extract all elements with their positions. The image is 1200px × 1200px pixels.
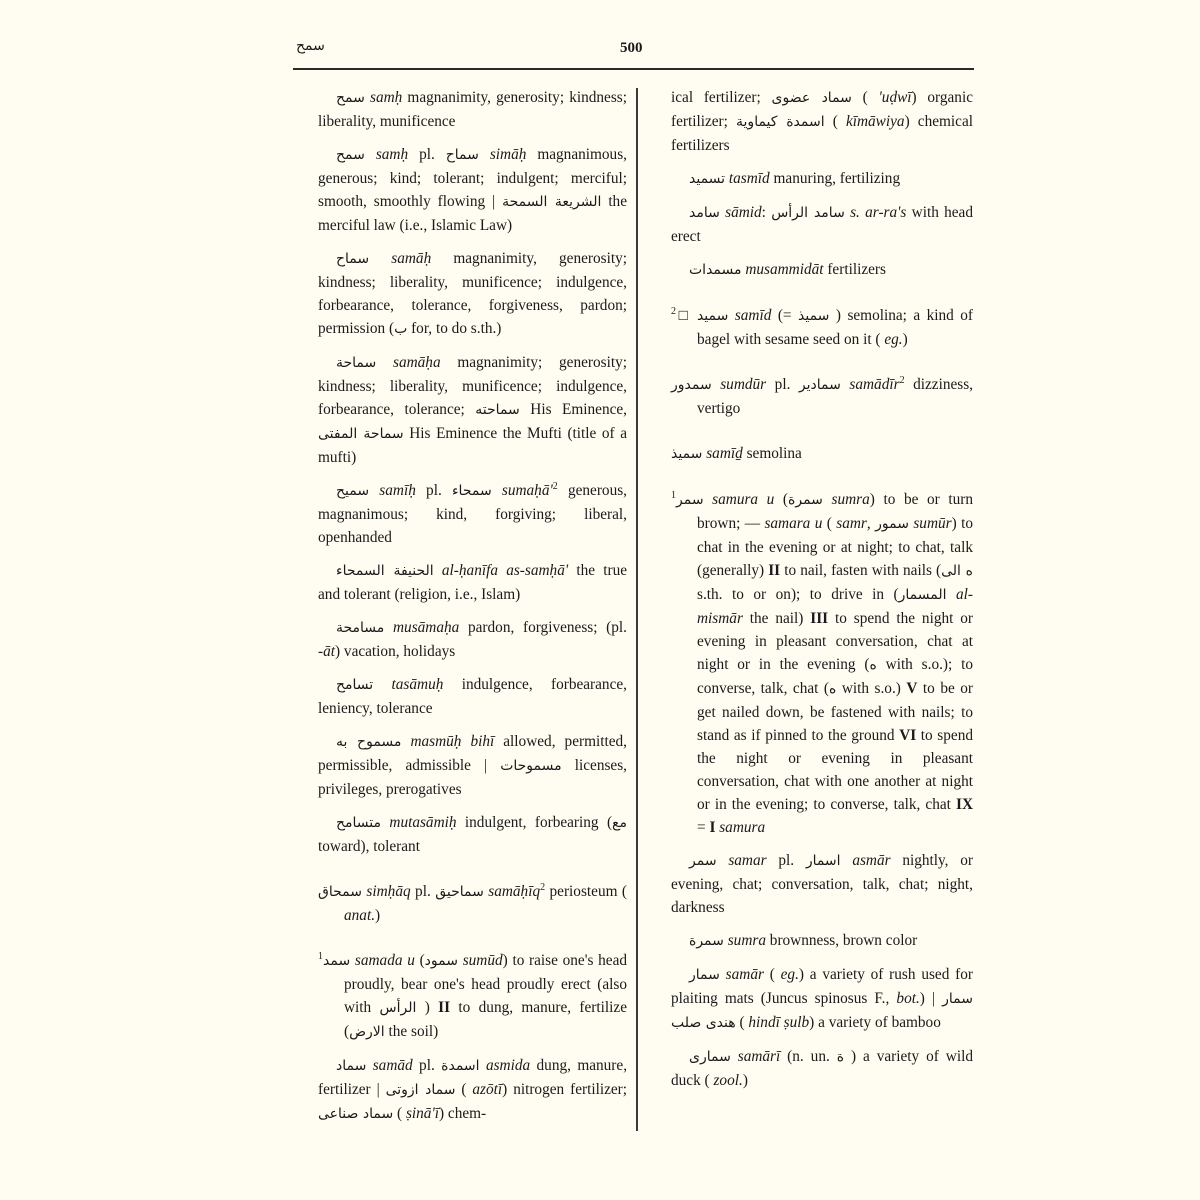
arabic-term: المسمار bbox=[899, 587, 947, 603]
definition-text: (= bbox=[771, 307, 798, 324]
definition-text: : bbox=[762, 204, 772, 221]
arabic-term: سماد عضوى bbox=[772, 90, 852, 106]
verb-form-numeral: VI bbox=[899, 727, 916, 744]
transliteration: ṣinā'ī bbox=[402, 1105, 439, 1122]
dictionary-subentry: تسميد tasmīd manuring, fertilizing bbox=[671, 167, 973, 191]
arabic-term: مسمدات bbox=[689, 262, 742, 278]
transliteration: musammidāt bbox=[745, 261, 823, 278]
arabic-term: سماحة bbox=[336, 355, 376, 371]
definition-text: ( bbox=[822, 515, 832, 532]
transliteration: samārī bbox=[738, 1048, 781, 1065]
arabic-term: سماح bbox=[446, 147, 479, 163]
left-column: سمح samḥ magnanimity, generosity; kindne… bbox=[318, 86, 627, 1136]
dictionary-subentry: سمرة sumra brownness, brown color bbox=[671, 929, 973, 953]
arabic-term: سمح bbox=[336, 147, 365, 163]
arabic-term: اسمدة bbox=[441, 1058, 479, 1074]
dictionary-subentry: سامد sāmid: سامد الرأس s. ar-ra's with h… bbox=[671, 201, 973, 248]
definition-text: brownness, brown color bbox=[766, 932, 917, 949]
dictionary-subentry: مسمدات musammidāt fertilizers bbox=[671, 258, 973, 282]
definition-text: for, to do s.th.) bbox=[411, 320, 501, 337]
dictionary-subentry: سمار samār ( eg.) a variety of rush used… bbox=[671, 963, 973, 1035]
verb-form-numeral: V bbox=[906, 680, 917, 697]
arabic-term: سماد bbox=[336, 1058, 366, 1074]
transliteration: sumūr bbox=[913, 515, 951, 532]
right-column: ical fertilizer; سماد عضوى ( 'uḍwī) orga… bbox=[671, 86, 973, 1102]
arabic-term: سماحته bbox=[475, 402, 519, 418]
definition-text: (n. un. bbox=[780, 1048, 836, 1065]
definition-text: s.th. to or on); to drive in ( bbox=[697, 586, 899, 603]
arabic-term: سماح bbox=[336, 251, 369, 267]
arabic-term: تسميد bbox=[689, 171, 725, 187]
transliteration: sāmid bbox=[725, 204, 762, 221]
transliteration: masmūḥ bihī bbox=[410, 733, 494, 750]
dictionary-subentry: سمارى samārī (n. un. ة ) a variety of wi… bbox=[671, 1045, 973, 1092]
transliteration: sumra bbox=[728, 932, 766, 949]
dictionary-subentry: الحنيفة السمحاء al-ḥanīfa as-samḥā' the … bbox=[318, 559, 627, 606]
transliteration: samār bbox=[726, 966, 764, 983]
arabic-term: سماحيق bbox=[435, 884, 484, 900]
arabic-term: سمر bbox=[676, 492, 704, 508]
transliteration: kīmāwiya bbox=[838, 113, 905, 130]
verb-form-numeral: II bbox=[768, 562, 780, 579]
transliteration: asmida bbox=[486, 1057, 530, 1074]
arabic-term: اسمدة كيماوية bbox=[736, 114, 825, 130]
transliteration: simāḥ bbox=[490, 146, 527, 163]
arabic-term: سامد bbox=[689, 205, 720, 221]
definition-text: ) a variety of bamboo bbox=[809, 1014, 941, 1031]
transliteration: simḥāq bbox=[366, 883, 410, 900]
verb-form-numeral: II bbox=[438, 999, 450, 1016]
dictionary-headword-entry: 1سمر samura u (سمرة sumra) to be or turn… bbox=[671, 488, 973, 839]
dictionary-subentry: سمح samḥ magnanimity, generosity; kindne… bbox=[318, 86, 627, 133]
arabic-term: سمح bbox=[336, 90, 365, 106]
transliteration: samḥ bbox=[370, 89, 402, 106]
transliteration: bot. bbox=[896, 990, 919, 1007]
dictionary-subentry: تسامح tasāmuḥ indulgence, forbearance, l… bbox=[318, 673, 627, 720]
arabic-term: سمار bbox=[689, 967, 720, 983]
definition-text: indulgent, forbearing ( bbox=[457, 814, 613, 831]
transliteration: s. ar-ra's bbox=[850, 204, 906, 221]
definition-text: ) bbox=[743, 1072, 748, 1089]
verb-form-numeral: IX bbox=[956, 796, 973, 813]
verb-form-numeral: III bbox=[810, 610, 828, 627]
page-header: سمح 500 bbox=[293, 36, 974, 66]
arabic-term: سمر bbox=[689, 853, 717, 869]
arabic-term: سميذ bbox=[798, 308, 829, 324]
transliteration: samura bbox=[719, 819, 765, 836]
definition-text: magnanimity, generosity; kindness; liber… bbox=[318, 89, 627, 130]
definition-text: semolina bbox=[743, 445, 802, 462]
transliteration: zool. bbox=[710, 1072, 743, 1089]
transliteration: 'uḍwī bbox=[868, 89, 912, 106]
arabic-term: ه bbox=[829, 681, 836, 697]
definition-text: periosteum ( bbox=[545, 883, 627, 900]
arabic-term: سماد ازوتى bbox=[386, 1082, 456, 1098]
definition-text: , bbox=[867, 515, 875, 532]
arabic-term: سمدور bbox=[671, 377, 712, 393]
dictionary-subentry: سميح samīḥ pl. سمحاء sumaḥā'2 generous, … bbox=[318, 479, 627, 549]
page-number: 500 bbox=[620, 40, 643, 57]
definition-text: pl. bbox=[408, 146, 446, 163]
transliteration: samādīr bbox=[849, 376, 899, 393]
definition-text: ) nitrogen fertilizer; bbox=[502, 1081, 627, 1098]
dictionary-subentry: سمح samḥ pl. سماح simāḥ magnanimous, gen… bbox=[318, 143, 627, 237]
dictionary-subentry: سماد samād pl. اسمدة asmida dung, manure… bbox=[318, 1054, 627, 1126]
definition-text: fertilizers bbox=[824, 261, 886, 278]
transliteration: samāḥa bbox=[393, 354, 441, 371]
transliteration: sumūd bbox=[463, 952, 503, 969]
definition-text: ical fertilizer; bbox=[671, 89, 772, 106]
transliteration: musāmaḥa bbox=[393, 619, 459, 636]
transliteration: samīd bbox=[735, 307, 772, 324]
definition-text: the soil) bbox=[389, 1023, 439, 1040]
arabic-term: سمد bbox=[323, 953, 350, 969]
dictionary-subentry: مسامحة musāmaḥa pardon, forgiveness; (pl… bbox=[318, 616, 627, 663]
arabic-term: مسموح به bbox=[336, 734, 401, 750]
transliteration: azōtī bbox=[466, 1081, 502, 1098]
definition-text: pardon, forgiveness; (pl. bbox=[459, 619, 627, 636]
definition-text: ( bbox=[764, 966, 775, 983]
definition-text: = bbox=[697, 819, 709, 836]
header-rule bbox=[293, 68, 974, 70]
transliteration: sumdūr bbox=[720, 376, 766, 393]
arabic-term: الارض bbox=[349, 1024, 385, 1040]
definition-text: toward), tolerant bbox=[318, 838, 420, 855]
definition-text: ) chem- bbox=[439, 1105, 486, 1122]
arabic-term: ة bbox=[837, 1049, 844, 1065]
definition-text: His Eminence, bbox=[530, 401, 627, 418]
transliteration: sumra bbox=[832, 491, 870, 508]
definition-text: ) bbox=[903, 331, 908, 348]
dictionary-headword-entry: سمحاق simḥāq pl. سماحيق samāḥīq2 periost… bbox=[318, 880, 627, 927]
definition-text: pl. bbox=[411, 883, 436, 900]
transliteration: sumaḥā' bbox=[502, 482, 553, 499]
arabic-term: سمحاء bbox=[452, 483, 492, 499]
dictionary-subentry: سمر samar pl. اسمار asmār nightly, or ev… bbox=[671, 849, 973, 919]
dictionary-headword-entry: 1سمد samada u (سمود sumūd) to raise one'… bbox=[318, 949, 627, 1044]
dictionary-headword-entry: سميذ samīḏ semolina bbox=[671, 442, 973, 466]
arabic-term: مسامحة bbox=[336, 620, 384, 636]
definition-text: ) vacation, holidays bbox=[335, 643, 455, 660]
transliteration: mutasāmiḥ bbox=[389, 814, 456, 831]
transliteration: samīḏ bbox=[706, 445, 743, 462]
arabic-term: سمود bbox=[425, 953, 458, 969]
arabic-term: تسامح bbox=[336, 677, 373, 693]
transliteration: anat. bbox=[344, 907, 375, 924]
transliteration: samāḥīq bbox=[488, 883, 540, 900]
transliteration: samḥ bbox=[376, 146, 408, 163]
dictionary-subentry: مسموح به masmūḥ bihī allowed, permitted,… bbox=[318, 730, 627, 801]
transliteration: al-ḥanīfa as-samḥā' bbox=[442, 562, 568, 579]
arabic-term: ه الى bbox=[941, 563, 973, 579]
arabic-term: مسموحات bbox=[500, 758, 561, 774]
transliteration: eg. bbox=[775, 966, 799, 983]
arabic-term: سمحاق bbox=[318, 884, 362, 900]
definition-text: ( bbox=[415, 952, 425, 969]
transliteration: samr bbox=[832, 515, 867, 532]
arabic-term: سميد bbox=[697, 308, 728, 324]
transliteration: -āt bbox=[318, 643, 335, 660]
arabic-term: سميذ bbox=[671, 446, 702, 462]
definition-text: ) bbox=[375, 907, 380, 924]
definition-text: □ bbox=[676, 307, 697, 324]
dictionary-subentry: سماحة samāḥa magnanimity; generosity; ki… bbox=[318, 351, 627, 469]
transliteration: eg. bbox=[881, 331, 903, 348]
arabic-term: سمارى bbox=[689, 1049, 731, 1065]
transliteration: samāḥ bbox=[391, 250, 431, 267]
transliteration: samād bbox=[373, 1057, 413, 1074]
running-head: سمح bbox=[296, 38, 325, 54]
arabic-term: سميح bbox=[336, 483, 369, 499]
definition-text: pl. bbox=[767, 852, 806, 869]
arabic-term: سمور bbox=[875, 516, 909, 532]
definition-text: the nail) bbox=[743, 610, 810, 627]
arabic-term: الرأس bbox=[380, 1000, 417, 1016]
transliteration: samada u bbox=[355, 952, 415, 969]
dictionary-headword-entry: 2□ سميد samīd (= سميذ ) semolina; a kind… bbox=[671, 304, 973, 351]
dictionary-subentry: ical fertilizer; سماد عضوى ( 'uḍwī) orga… bbox=[671, 86, 973, 157]
arabic-term: اسمار bbox=[806, 853, 841, 869]
arabic-term: سمرة bbox=[788, 492, 823, 508]
arabic-term: سمادير bbox=[799, 377, 841, 393]
definition-text: pl. bbox=[766, 376, 799, 393]
arabic-term: سماحة المفتى bbox=[318, 426, 404, 442]
transliteration: samīḥ bbox=[379, 482, 416, 499]
definition-text: pl. bbox=[413, 1057, 441, 1074]
transliteration: asmār bbox=[852, 852, 890, 869]
dictionary-subentry: متسامح mutasāmiḥ indulgent, forbearing (… bbox=[318, 811, 627, 858]
arabic-term: ب bbox=[394, 321, 407, 337]
transliteration: samara u bbox=[764, 515, 822, 532]
arabic-term: سماد صناعى bbox=[318, 1106, 393, 1122]
arabic-term: ه bbox=[869, 657, 876, 673]
definition-text: ) bbox=[425, 999, 438, 1016]
arabic-term: الشريعة السمحة bbox=[502, 194, 601, 210]
definition-text: ) | bbox=[920, 990, 942, 1007]
definition-text: pl. bbox=[416, 482, 452, 499]
arabic-term: سامد الرأس bbox=[771, 205, 845, 221]
transliteration: samura u bbox=[712, 491, 774, 508]
definition-text: ( bbox=[774, 491, 788, 508]
arabic-term: مع bbox=[612, 815, 627, 831]
transliteration: hindī ṣulb bbox=[745, 1014, 810, 1031]
dictionary-subentry: سماح samāḥ magnanimity, generosity; kind… bbox=[318, 247, 627, 341]
definition-text: to nail, fasten with nails ( bbox=[780, 562, 941, 579]
column-divider bbox=[636, 88, 638, 1131]
transliteration: samar bbox=[728, 852, 766, 869]
transliteration: tasāmuḥ bbox=[392, 676, 444, 693]
arabic-term: سمرة bbox=[689, 933, 724, 949]
arabic-term: متسامح bbox=[336, 815, 381, 831]
arabic-term: الحنيفة السمحاء bbox=[336, 563, 434, 579]
dictionary-headword-entry: سمدور sumdūr pl. سمادير samādīr2 dizzine… bbox=[671, 373, 973, 420]
definition-text: manuring, fertilizing bbox=[770, 170, 900, 187]
transliteration: tasmīd bbox=[729, 170, 770, 187]
definition-text: with s.o.) bbox=[842, 680, 907, 697]
